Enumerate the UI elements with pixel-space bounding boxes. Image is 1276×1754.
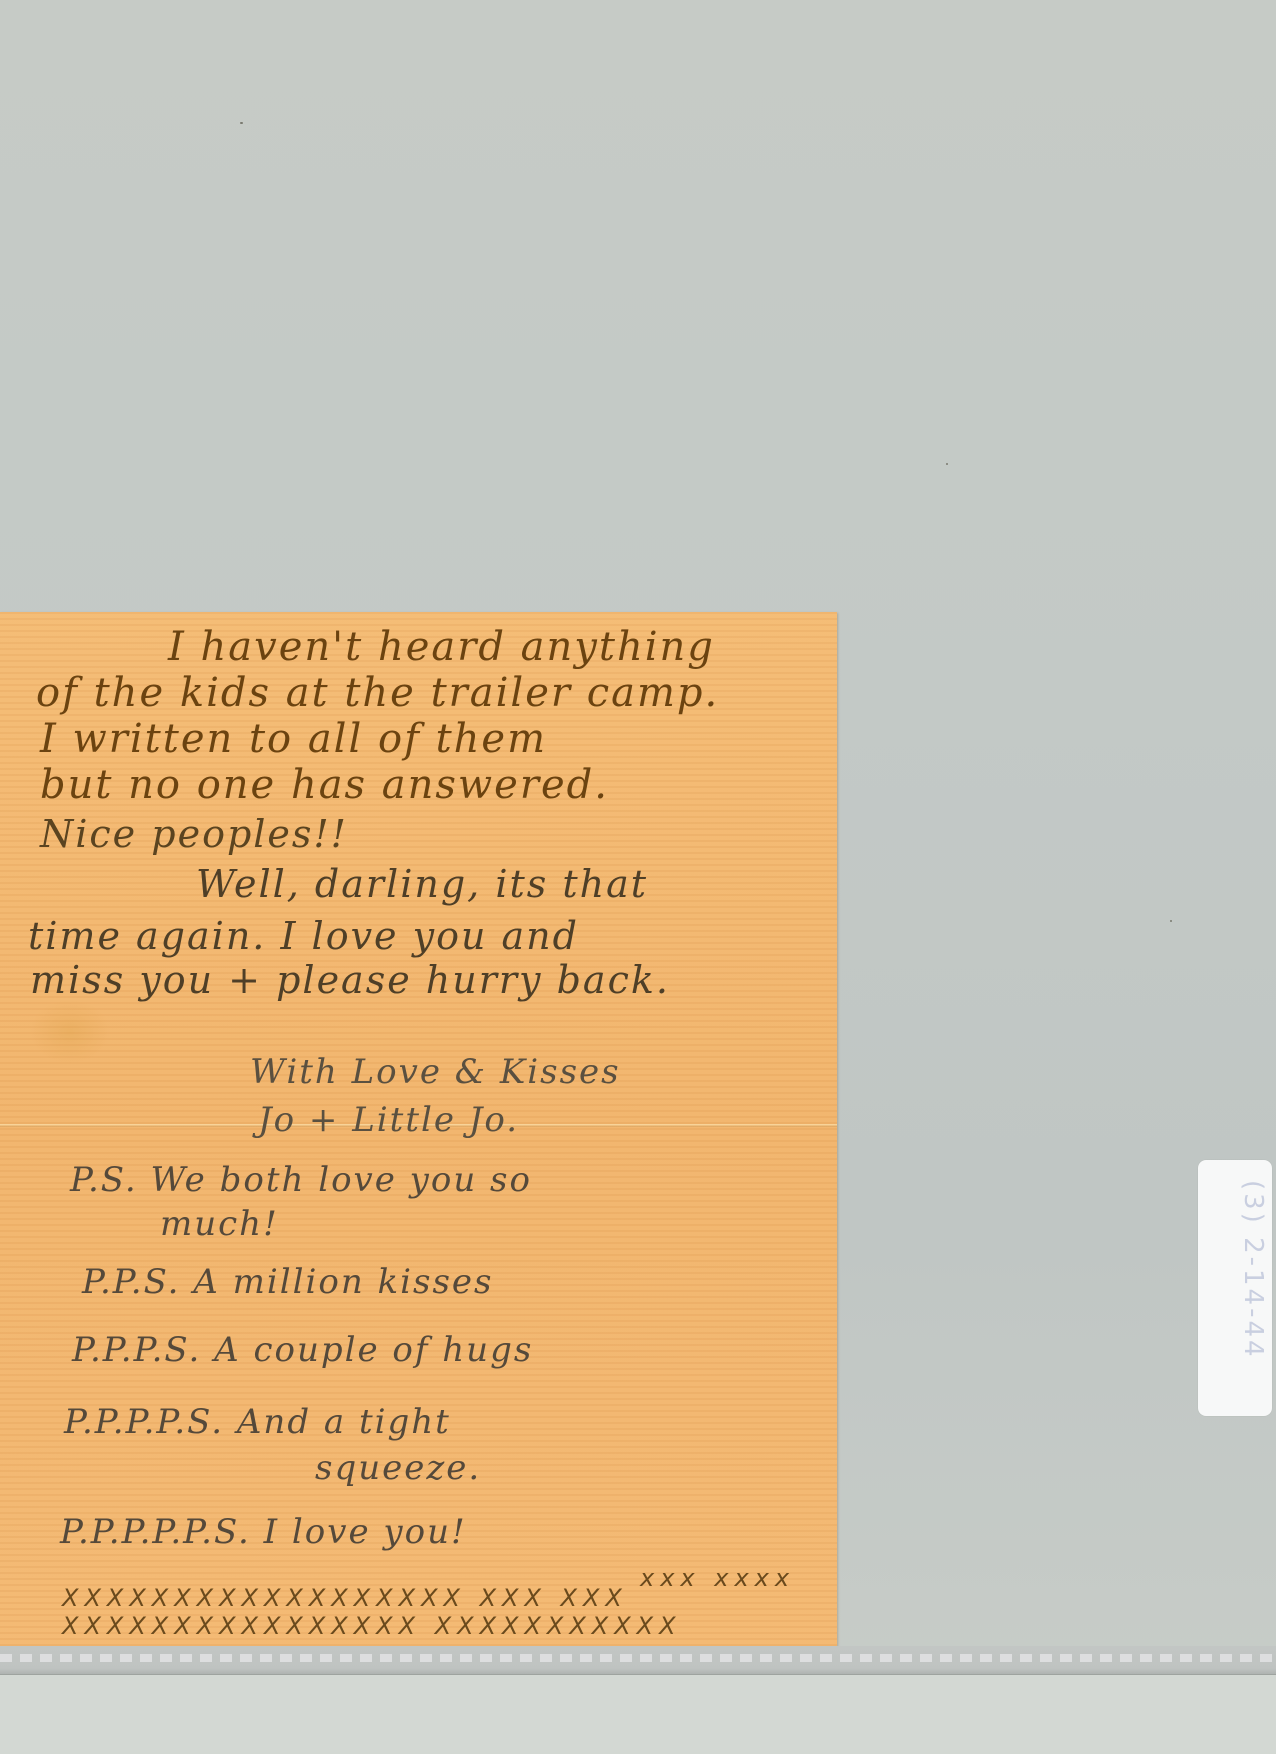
letter-line: I haven't heard anything	[168, 624, 715, 670]
dust-speck	[240, 122, 243, 124]
postscript-line: P.P.P.S. A couple of hugs	[72, 1330, 533, 1370]
postscript-line: P.P.P.P.S. And a tight	[64, 1402, 451, 1442]
archive-side-label: (3) 2-14-44	[1198, 1160, 1272, 1416]
kisses-row: xxx xxxx	[640, 1564, 795, 1592]
letter-line: I written to all of them	[40, 716, 547, 762]
postscript-line: squeeze.	[315, 1448, 481, 1488]
dust-speck	[946, 463, 948, 465]
kisses-row: XXXXXXXXXXXXXXXX XXXXXXXXXXX	[62, 1612, 682, 1640]
letter-line: miss you + please hurry back.	[30, 958, 670, 1002]
closing-line: With Love & Kisses	[250, 1052, 621, 1092]
kisses-row: XXXXXXXXXXXXXXXXXX XXX XXX	[62, 1584, 628, 1612]
background-lower-area	[0, 1675, 1276, 1754]
letter-page: I haven't heard anything of the kids at …	[0, 612, 837, 1646]
postscript-line: much!	[160, 1204, 279, 1244]
plastic-sleeve-edge	[0, 1646, 1276, 1675]
sleeve-perforations	[0, 1654, 1276, 1662]
postscript-line: P.P.S. A million kisses	[82, 1262, 494, 1302]
archive-label-text: (3) 2-14-44	[1238, 1180, 1268, 1400]
signature: Jo + Little Jo.	[258, 1100, 519, 1140]
letter-line: of the kids at the trailer camp.	[36, 670, 719, 716]
letter-line: Well, darling, its that	[196, 862, 648, 906]
letter-line: but no one has answered.	[40, 762, 609, 808]
postscript-line: P.P.P.P.P.S. I love you!	[60, 1512, 467, 1552]
postscript-line: P.S. We both love you so	[70, 1160, 532, 1200]
letter-line: time again. I love you and	[28, 914, 579, 958]
letter-line: Nice peoples!!	[40, 812, 348, 856]
dust-speck	[1170, 920, 1172, 922]
